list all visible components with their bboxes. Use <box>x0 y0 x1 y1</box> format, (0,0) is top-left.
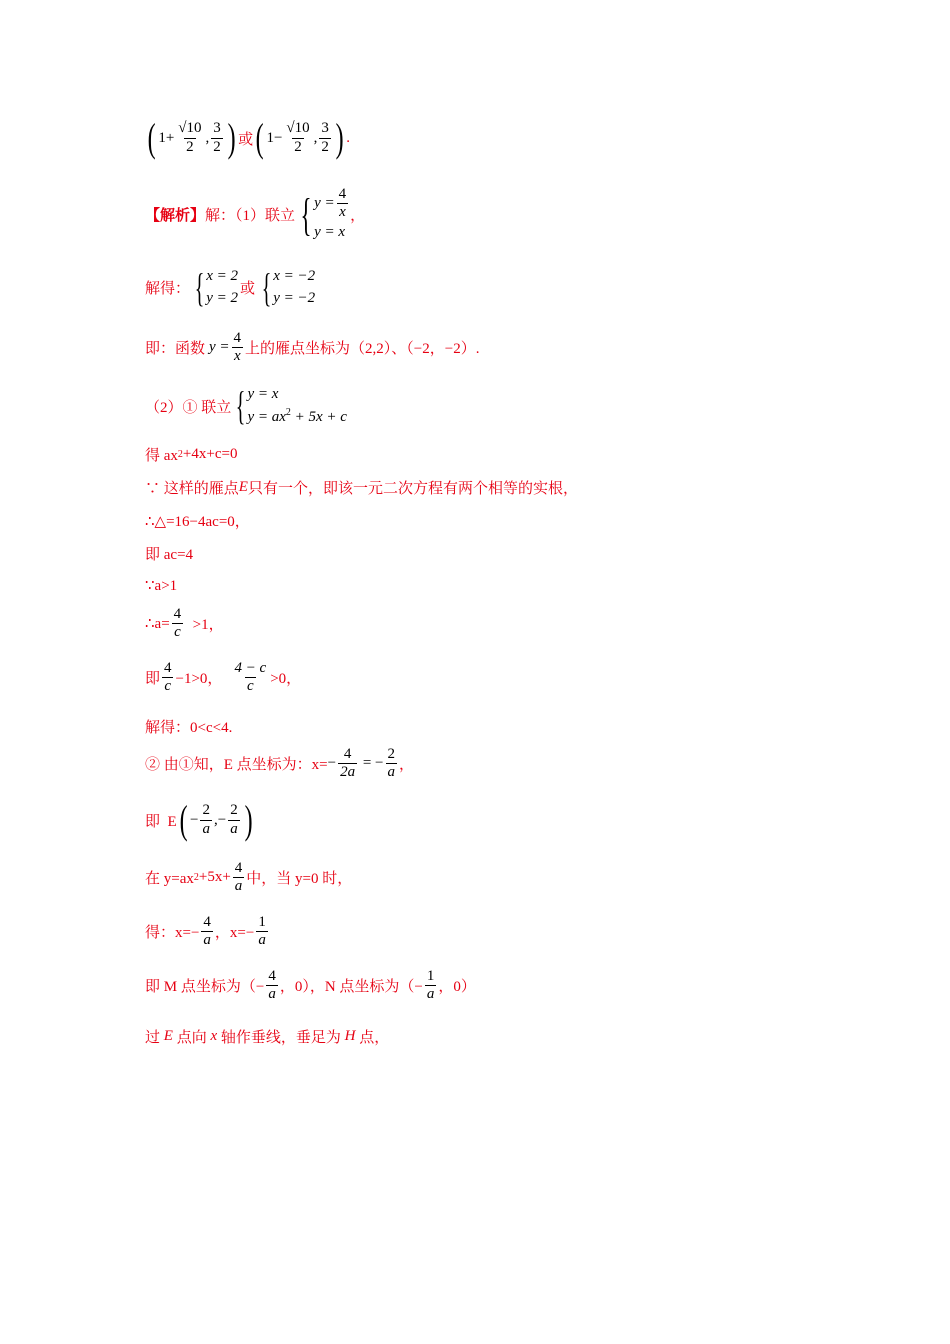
function-label: y = <box>209 339 230 356</box>
analysis-lead: 解：（1）联立 <box>205 204 295 225</box>
brace: { <box>262 268 272 308</box>
fraction: 32 <box>211 120 223 156</box>
fraction: 2a <box>200 802 212 838</box>
fraction: 4c <box>172 606 184 642</box>
mn-coordinates-line: 即 M 点坐标为（− 4a ，0），N 点坐标为（− 1a ，0） <box>145 968 476 1004</box>
roots-line: 得：x=− 4a ，x=− 1a <box>145 914 270 950</box>
brace: { <box>236 386 246 426</box>
fraction: 4a <box>233 860 245 896</box>
or-text: 或 <box>238 128 253 149</box>
fraction: 42a <box>338 746 357 782</box>
solution-1: x = 2y = 2 <box>206 266 238 310</box>
or-text: 或 <box>240 277 255 298</box>
equation-system: y = x y = ax2 + 5x + c <box>247 384 347 429</box>
a-condition-line: ∵a>1 <box>145 576 177 595</box>
result-prefix: 即：函数 <box>145 337 205 358</box>
e-coordinate-line: ② 由①知，E 点坐标为：x= − 42a = − 2a ， <box>145 746 414 782</box>
fraction: 2a <box>386 746 398 782</box>
comma: ， <box>350 204 365 225</box>
period: . <box>346 130 350 147</box>
inequality-line: 即 4c −1>0， 4 − cc >0， <box>145 660 301 696</box>
math-text: 1+ <box>158 130 174 147</box>
e-point-line: 即 E ( − 2a ,− 2a ) <box>145 800 255 840</box>
a-fraction-line: ∴a= 4c >1， <box>145 606 224 642</box>
fraction: 32 <box>319 120 331 156</box>
fraction: 4x <box>232 330 244 366</box>
discriminant-line: ∴△=16−4ac=0， <box>145 510 250 531</box>
fraction: 1a <box>256 914 268 950</box>
solve-label: 解得： <box>145 277 190 298</box>
equation-system: y = 4x y = x <box>314 186 350 243</box>
math-text: 1− <box>266 130 282 147</box>
part2-lead: （2）① 联立 <box>145 396 231 417</box>
ac-line: 即 ac=4 <box>145 543 193 564</box>
result-line: 即：函数 y = 4x 上的雁点坐标为（2,2）、（−2，−2）. <box>145 330 479 366</box>
right-paren: ) <box>244 800 252 840</box>
analysis-tag: 【解析】 <box>145 204 205 225</box>
fraction: 4a <box>201 914 213 950</box>
left-paren: ( <box>179 800 187 840</box>
fraction: 4c <box>162 660 174 696</box>
brace: { <box>301 192 312 238</box>
fraction: √102 <box>176 120 203 156</box>
fraction: 1a <box>425 968 437 1004</box>
answer-coordinates: ( 1+ √102 , 32 ) 或 ( 1− √102 , 32 ) . <box>145 118 350 158</box>
right-paren: ) <box>336 118 344 158</box>
perpendicular-line: 过 E 点向 x 轴作垂线，垂足为 H 点， <box>145 1026 389 1047</box>
left-paren: ( <box>148 118 156 158</box>
solution-range-line: 解得：0<c<4. <box>145 716 232 737</box>
substitution-line: 在 y=ax2+5x+ 4a 中，当 y=0 时， <box>145 860 352 896</box>
solve-line: 解得： { x = 2y = 2 或 { x = −2y = −2 <box>145 266 315 310</box>
result-suffix: 上的雁点坐标为（2,2）、（−2，−2）. <box>245 337 479 358</box>
left-paren: ( <box>256 118 264 158</box>
fraction: 4a <box>266 968 278 1004</box>
right-paren: ) <box>227 118 235 158</box>
solution-2: x = −2y = −2 <box>273 266 315 310</box>
brace: { <box>195 268 205 308</box>
fraction: 4 − cc <box>232 660 268 696</box>
analysis-part1: 【解析】 解：（1）联立 { y = 4x y = x ， <box>145 186 365 243</box>
part2-system: （2）① 联立 { y = x y = ax2 + 5x + c <box>145 384 347 429</box>
fraction: 2a <box>228 802 240 838</box>
equation-line: 得 ax2+4x+c=0 <box>145 444 237 465</box>
fraction: √102 <box>284 120 311 156</box>
because-line: ∵ 这样的雁点 E 只有一个，即该一元二次方程有两个相等的实根， <box>145 477 578 498</box>
